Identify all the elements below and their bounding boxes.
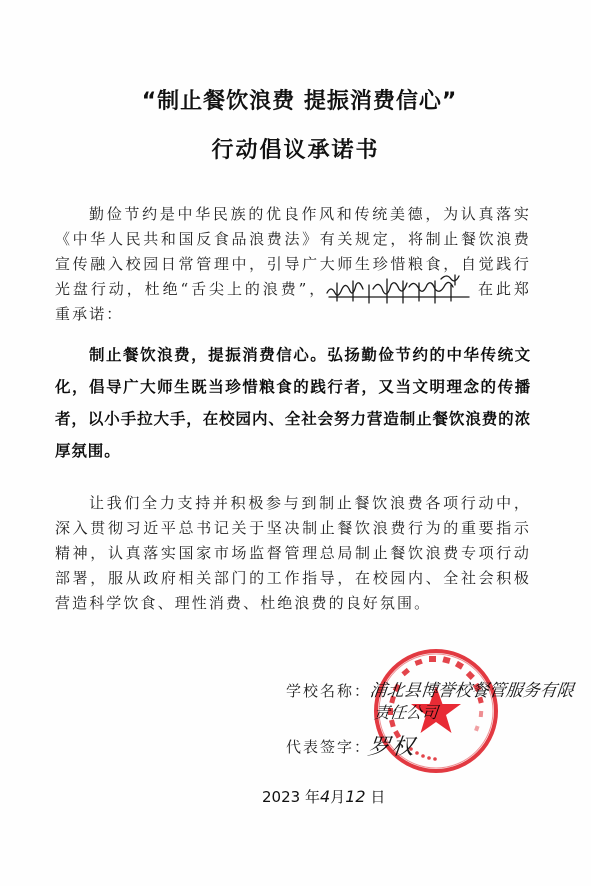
paragraph-call-to-action: 让我们全力支持并积极参与到制止餐饮浪费各项行动中，深入贯彻习近平总书记关于坚决制…	[55, 491, 531, 616]
document-page: “制止餐饮浪费 提振消费信心” 行动倡议承诺书 勤俭节约是中华民族的优良作风和传…	[0, 0, 591, 886]
representative-signature-label: 代表签字：	[286, 736, 371, 757]
date-year: 2023	[262, 788, 300, 806]
date-year-unit: 年	[305, 788, 320, 806]
handwriting-scribble-icon	[323, 271, 483, 305]
school-name-value: 浦北县博誉校餐管服务有限	[369, 676, 576, 701]
document-title: “制止餐饮浪费 提振消费信心”	[0, 84, 591, 115]
paragraph-intro: 勤俭节约是中华民族的优良作风和传统美德，为认真落实《中华人民共和国反食品浪费法》…	[55, 202, 531, 327]
date-day-unit: 日	[370, 788, 385, 806]
school-name-value-continued: 责任公司	[373, 700, 439, 723]
date-month: 4	[320, 787, 330, 806]
date-day: 12	[345, 787, 365, 806]
paragraph-commitment: 制止餐饮浪费，提振消费信心。弘扬勤俭节约的中华传统文化，倡导广大师生既当珍惜粮食…	[55, 339, 531, 467]
handwritten-company-name-inline	[327, 281, 477, 299]
document-subtitle: 行动倡议承诺书	[0, 133, 591, 164]
date-month-unit: 月	[330, 788, 345, 806]
representative-signature: 罗权	[366, 730, 417, 761]
signing-date: 2023 年4月12 日	[262, 786, 385, 807]
school-name-label: 学校名称：	[286, 680, 371, 701]
